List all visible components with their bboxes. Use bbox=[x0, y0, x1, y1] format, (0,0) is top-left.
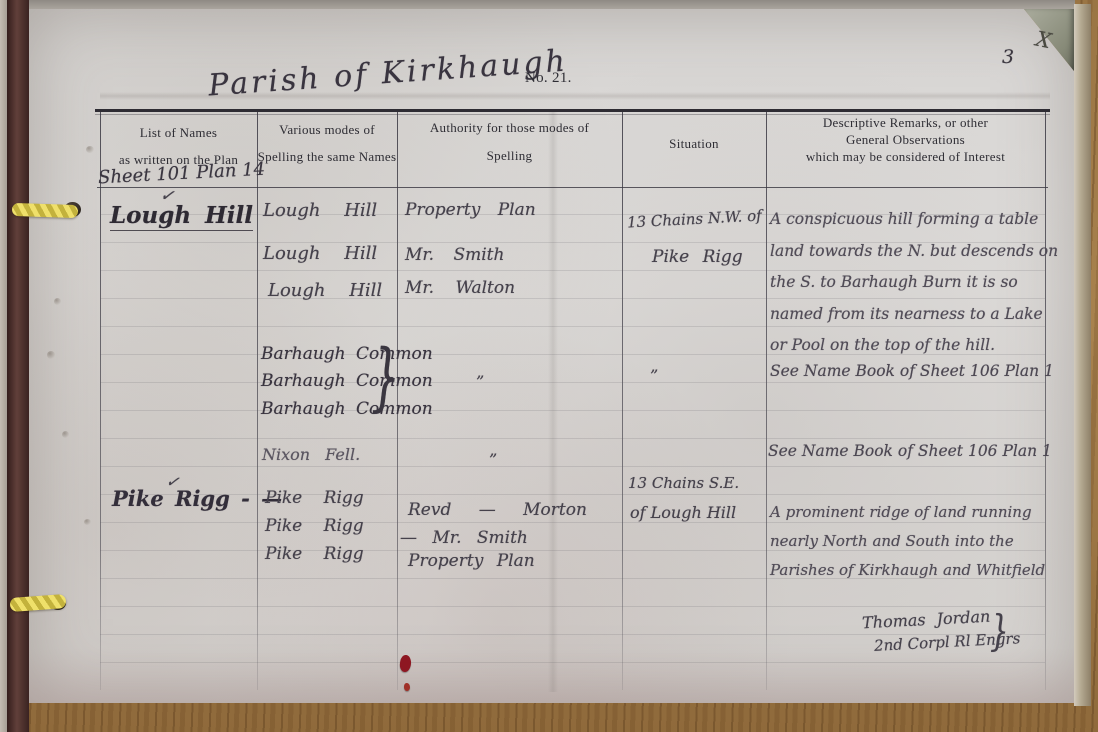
entry-spelling: Pike Rigg bbox=[265, 488, 364, 508]
paper-dimple bbox=[47, 351, 55, 359]
entry-name: Lough Hill bbox=[110, 202, 253, 231]
entry-remarks: A conspicuous hill forming a table land … bbox=[770, 204, 1062, 362]
header-authority-line1: Authority for those modes of bbox=[397, 120, 622, 136]
page-number: No. 21. bbox=[525, 70, 572, 87]
scanned-register-page: Parish of Kirkhaugh No. 21. 3 X List of … bbox=[0, 0, 1098, 732]
red-wax-mark-small bbox=[404, 683, 410, 691]
grouping-brace: } bbox=[371, 334, 400, 420]
entry-situation: Pike Rigg bbox=[652, 247, 743, 267]
header-names-line1: List of Names bbox=[100, 125, 257, 141]
entry-spelling: Pike Rigg bbox=[265, 544, 364, 564]
entry-authority: Mr. Walton bbox=[405, 278, 515, 298]
book-edge-left bbox=[0, 0, 7, 732]
entry-authority-ditto: ” bbox=[489, 450, 497, 469]
entry-situation: 13 Chains S.E. bbox=[628, 474, 739, 492]
entry-remarks: See Name Book of Sheet 106 Plan 1 bbox=[770, 362, 1054, 380]
header-spelling-line2: Spelling the same Names bbox=[257, 149, 397, 165]
entry-situation-ditto: ” bbox=[650, 366, 658, 385]
entry-authority: Property Plan bbox=[408, 551, 535, 571]
page-stack-right-edge bbox=[1074, 4, 1091, 706]
header-authority-line2: Spelling bbox=[397, 148, 622, 164]
book-spine bbox=[7, 0, 29, 732]
binding-cord-top bbox=[12, 203, 78, 218]
entry-spelling: Lough Hill bbox=[263, 243, 377, 264]
header-remarks-line3: which may be considered of Interest bbox=[766, 149, 1045, 165]
paper-dimple bbox=[86, 146, 94, 153]
entry-spelling: Lough Hill bbox=[263, 200, 377, 221]
header-remarks-line1: Descriptive Remarks, or other bbox=[766, 115, 1045, 131]
paper-dimple bbox=[84, 519, 91, 525]
entry-spelling: Barhaugh Common bbox=[261, 371, 433, 391]
header-spelling-line1: Various modes of bbox=[257, 122, 397, 138]
entry-spelling: Pike Rigg bbox=[265, 516, 364, 536]
corner-note-number: 3 bbox=[1002, 46, 1014, 68]
header-remarks-line2: General Observations bbox=[766, 132, 1045, 148]
entry-authority: Revd — Morton bbox=[408, 500, 587, 520]
page-stack-top-edge bbox=[29, 0, 1075, 9]
entry-spelling: Lough Hill bbox=[268, 280, 382, 301]
paper-dimple bbox=[62, 431, 69, 438]
entry-authority-ditto: ” bbox=[476, 372, 484, 391]
paper-dimple bbox=[54, 298, 61, 305]
entry-spelling: Nixon Fell. bbox=[262, 445, 360, 464]
entry-remarks: See Name Book of Sheet 106 Plan 1 bbox=[768, 442, 1052, 460]
entry-authority: Property Plan bbox=[405, 200, 536, 220]
entry-name: Pike Rigg - — bbox=[112, 486, 282, 511]
entry-authority: Mr. Smith bbox=[405, 245, 504, 265]
header-bottom-rule bbox=[97, 187, 1048, 188]
entry-spelling: Barhaugh Common bbox=[261, 344, 433, 364]
col-line-right bbox=[1045, 112, 1046, 690]
entry-authority: — Mr. Smith bbox=[400, 528, 528, 548]
table-top-rule bbox=[95, 109, 1050, 112]
entry-spelling: Barhaugh Common bbox=[261, 399, 433, 419]
entry-situation: of Lough Hill bbox=[630, 503, 736, 522]
signature-brace: } bbox=[990, 606, 1009, 655]
entry-remarks: A prominent ridge of land running nearly… bbox=[770, 498, 1070, 585]
header-situation: Situation bbox=[622, 136, 766, 152]
